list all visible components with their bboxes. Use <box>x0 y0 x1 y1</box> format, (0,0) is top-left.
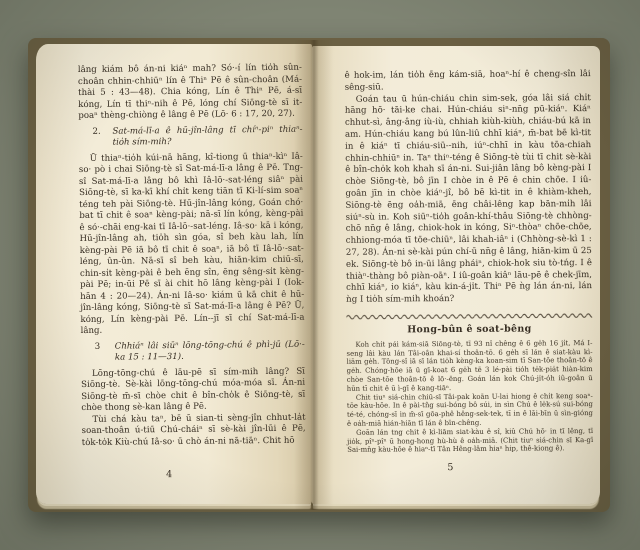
left-page-content: lâng kiám bô án-ni kiáⁿ mah? Só·-í lín t… <box>34 43 315 506</box>
note-section: Koh chi̍t pái kám-siā Siōng-tè, tī 93 nî… <box>346 339 593 455</box>
paragraph: Tùi chá kàu taⁿ, bē ū sian-ti sèng-jîn c… <box>81 412 305 449</box>
note-paragraph: Goān lán tng chit ê kì-liām siat-kàu ê s… <box>347 427 593 455</box>
photo-background: lâng kiám bô án-ni kiáⁿ mah? Só·-í lín t… <box>0 0 640 550</box>
paragraph: Lōng-tōng-chú ê lāu-pē sī sím-mih lâng? … <box>81 366 305 414</box>
page-number-right: 5 <box>313 461 587 475</box>
page-number-left: 4 <box>38 467 300 481</box>
note-paragraph: Koh chi̍t pái kám-siā Siōng-tè, tī 93 nî… <box>346 339 592 393</box>
section-heading-3: 3 Chhiáⁿ lâi siūⁿ lōng-tōng-chú ê phì-jū… <box>95 339 305 364</box>
wavy-section-divider <box>346 311 592 320</box>
note-paragraph: Chit tiuⁿ siá-chin chiū-sī Tâi-pak koān … <box>347 392 593 429</box>
paragraph: Ū thiaⁿ-tio̍h kúi-nā hāng, kî-tiong ū th… <box>79 151 305 337</box>
section-heading-2: 2. Sat-má-lī-a ê hū-jîn-lâng tī chíⁿ-piⁿ… <box>92 124 302 149</box>
book-page-left: lâng kiám bô án-ni kiáⁿ mah? Só·-í lín t… <box>36 44 312 504</box>
section-title: Chhiáⁿ lâi siūⁿ lōng-tōng-chú ê phì-jū (… <box>115 339 305 364</box>
paragraph: lâng kiám bô án-ni kiáⁿ mah? Só·-í lín t… <box>78 63 303 123</box>
section-title: Sat-má-lī-a ê hū-jîn-lâng tī chíⁿ-piⁿ th… <box>112 124 302 149</box>
article-heading: Hong-bûn ê soat-bêng <box>346 323 592 337</box>
section-number: 2. <box>92 126 112 149</box>
section-number: 3 <box>95 341 115 364</box>
paragraph: Goán tau ū hún-chiáu chin sim-sek, góa l… <box>345 93 592 307</box>
paragraph: ê hok-im, lán tio̍h ēng kám-siā, hoaⁿ-hí… <box>345 69 591 94</box>
book-page-right: ê hok-im, lán tio̍h ēng kám-siā, hoaⁿ-hí… <box>312 46 600 504</box>
right-page-content: ê hok-im, lán tio̍h ēng kám-siā, hoaⁿ-hí… <box>310 45 601 505</box>
